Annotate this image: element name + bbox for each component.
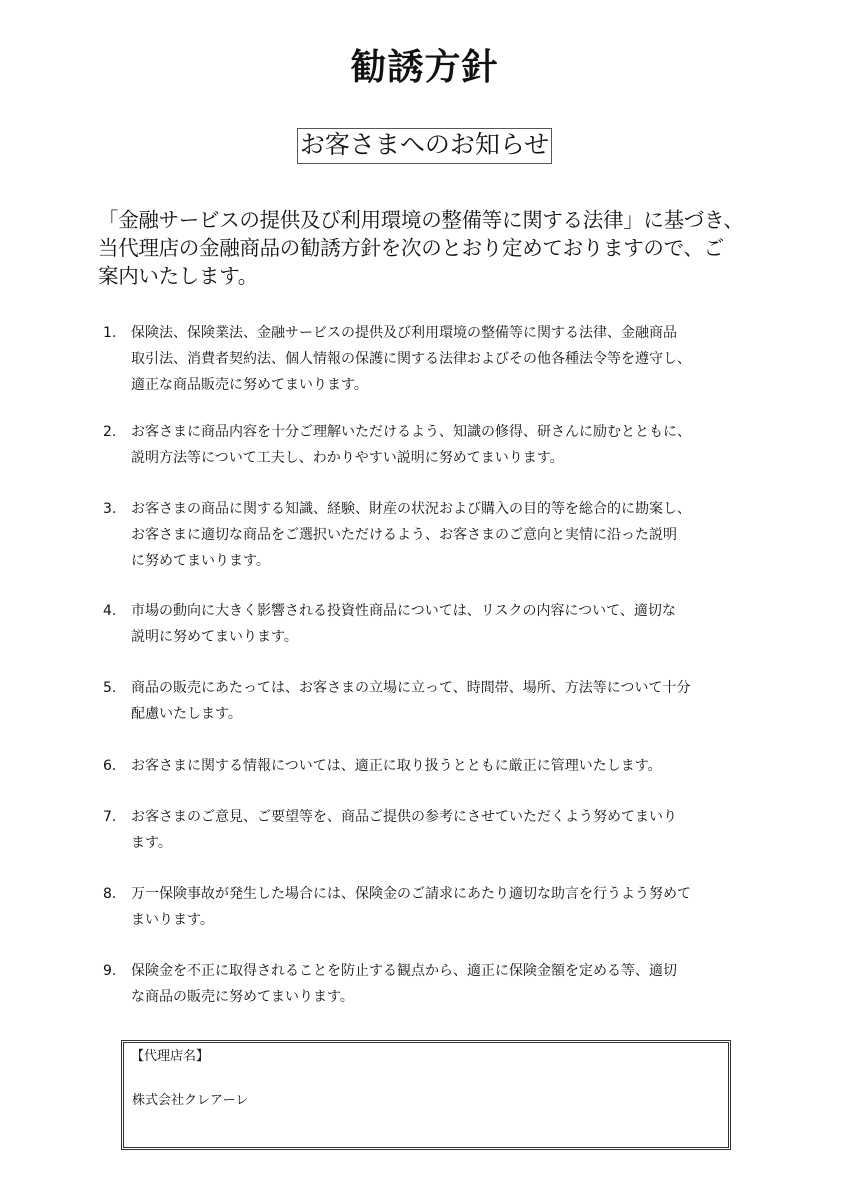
policy-line: お客さまに適切な商品をご選択いただけるよう、お客さまのご意向と実情に沿った説明 (131, 522, 753, 548)
policy-text: 万一保険事故が発生した場合には、保険金のご請求にあたり適切な助言を行うよう努めて… (131, 881, 753, 933)
intro-paragraph: 「金融サービスの提供及び利用環境の整備等に関する法律」に基づき、 当代理店の金融… (98, 206, 778, 290)
intro-line: 「金融サービスの提供及び利用環境の整備等に関する法律」に基づき、 (98, 206, 778, 234)
policy-number: 9. (103, 958, 131, 1010)
policy-item-4: 4. 市場の動向に大きく影響される投資性商品については、リスクの内容について、適… (103, 598, 753, 650)
policy-item-3: 3. お客さまの商品に関する知識、経験、財産の状況および購入の目的等を総合的に勘… (103, 496, 753, 574)
agent-box: 【代理店名】 株式会社クレアーレ (121, 1040, 731, 1150)
policy-line: 保険金を不正に取得されることを防止する観点から、適正に保険金額を定める等、適切 (131, 958, 753, 984)
policy-item-7: 7. お客さまのご意見、ご要望等を、商品ご提供の参考にさせていただくよう努めてま… (103, 804, 753, 856)
policy-number: 8. (103, 881, 131, 933)
policy-line: 取引法、消費者契約法、個人情報の保護に関する法律およびその他各種法令等を遵守し、 (131, 346, 753, 372)
policy-line: 保険法、保険業法、金融サービスの提供及び利用環境の整備等に関する法律、金融商品 (131, 320, 753, 346)
agent-name: 株式会社クレアーレ (132, 1091, 248, 1111)
policy-item-6: 6. お客さまに関する情報については、適正に取り扱うとともに厳正に管理いたします… (103, 753, 753, 779)
policy-text: 市場の動向に大きく影響される投資性商品については、リスクの内容について、適切な … (131, 598, 753, 650)
policy-line: まいります。 (131, 907, 753, 933)
policy-text: 保険金を不正に取得されることを防止する観点から、適正に保険金額を定める等、適切 … (131, 958, 753, 1010)
policy-line: 市場の動向に大きく影響される投資性商品については、リスクの内容について、適切な (131, 598, 753, 624)
policy-line: ます。 (131, 830, 753, 856)
policy-text: 商品の販売にあたっては、お客さまの立場に立って、時間帯、場所、方法等について十分… (131, 675, 753, 727)
notice-wrapper: お客さまへのお知らせ (0, 128, 849, 164)
policy-number: 1. (103, 320, 131, 398)
policy-item-2: 2. お客さまに商品内容を十分ご理解いただけるよう、知識の修得、研さんに励むとと… (103, 419, 753, 471)
policy-text: 保険法、保険業法、金融サービスの提供及び利用環境の整備等に関する法律、金融商品 … (131, 320, 753, 398)
intro-line: 当代理店の金融商品の勧誘方針を次のとおり定めておりますので、ご (98, 234, 778, 262)
policy-item-9: 9. 保険金を不正に取得されることを防止する観点から、適正に保険金額を定める等、… (103, 958, 753, 1010)
policy-item-5: 5. 商品の販売にあたっては、お客さまの立場に立って、時間帯、場所、方法等につい… (103, 675, 753, 727)
policy-line: 商品の販売にあたっては、お客さまの立場に立って、時間帯、場所、方法等について十分 (131, 675, 753, 701)
policy-number: 3. (103, 496, 131, 574)
policy-line: 適正な商品販売に努めてまいります。 (131, 372, 753, 398)
policy-number: 2. (103, 419, 131, 471)
agent-label: 【代理店名】 (131, 1047, 209, 1067)
intro-line: 案内いたします。 (98, 262, 778, 290)
policy-line: に努めてまいります。 (131, 548, 753, 574)
policy-number: 7. (103, 804, 131, 856)
policy-number: 6. (103, 753, 131, 779)
policy-number: 5. (103, 675, 131, 727)
policy-line: お客さまに商品内容を十分ご理解いただけるよう、知識の修得、研さんに励むとともに、 (131, 419, 753, 445)
policy-line: 説明方法等について工夫し、わかりやすい説明に努めてまいります。 (131, 445, 753, 471)
policy-number: 4. (103, 598, 131, 650)
policy-line: 説明に努めてまいります。 (131, 624, 753, 650)
policy-line: な商品の販売に努めてまいります。 (131, 984, 753, 1010)
policy-item-8: 8. 万一保険事故が発生した場合には、保険金のご請求にあたり適切な助言を行うよう… (103, 881, 753, 933)
policy-line: 配慮いたします。 (131, 701, 753, 727)
policy-line: お客さまの商品に関する知識、経験、財産の状況および購入の目的等を総合的に勘案し、 (131, 496, 753, 522)
notice-label: お客さまへのお知らせ (297, 128, 552, 164)
page-title: 勧誘方針 (0, 44, 849, 92)
policy-line: 万一保険事故が発生した場合には、保険金のご請求にあたり適切な助言を行うよう努めて (131, 881, 753, 907)
policy-text: お客さまの商品に関する知識、経験、財産の状況および購入の目的等を総合的に勘案し、… (131, 496, 753, 574)
policy-text: お客さまに関する情報については、適正に取り扱うとともに厳正に管理いたします。 (131, 753, 753, 779)
policy-item-1: 1. 保険法、保険業法、金融サービスの提供及び利用環境の整備等に関する法律、金融… (103, 320, 753, 398)
policy-line: お客さまに関する情報については、適正に取り扱うとともに厳正に管理いたします。 (131, 753, 753, 779)
policy-text: お客さまのご意見、ご要望等を、商品ご提供の参考にさせていただくよう努めてまいり … (131, 804, 753, 856)
policy-line: お客さまのご意見、ご要望等を、商品ご提供の参考にさせていただくよう努めてまいり (131, 804, 753, 830)
policy-text: お客さまに商品内容を十分ご理解いただけるよう、知識の修得、研さんに励むとともに、… (131, 419, 753, 471)
